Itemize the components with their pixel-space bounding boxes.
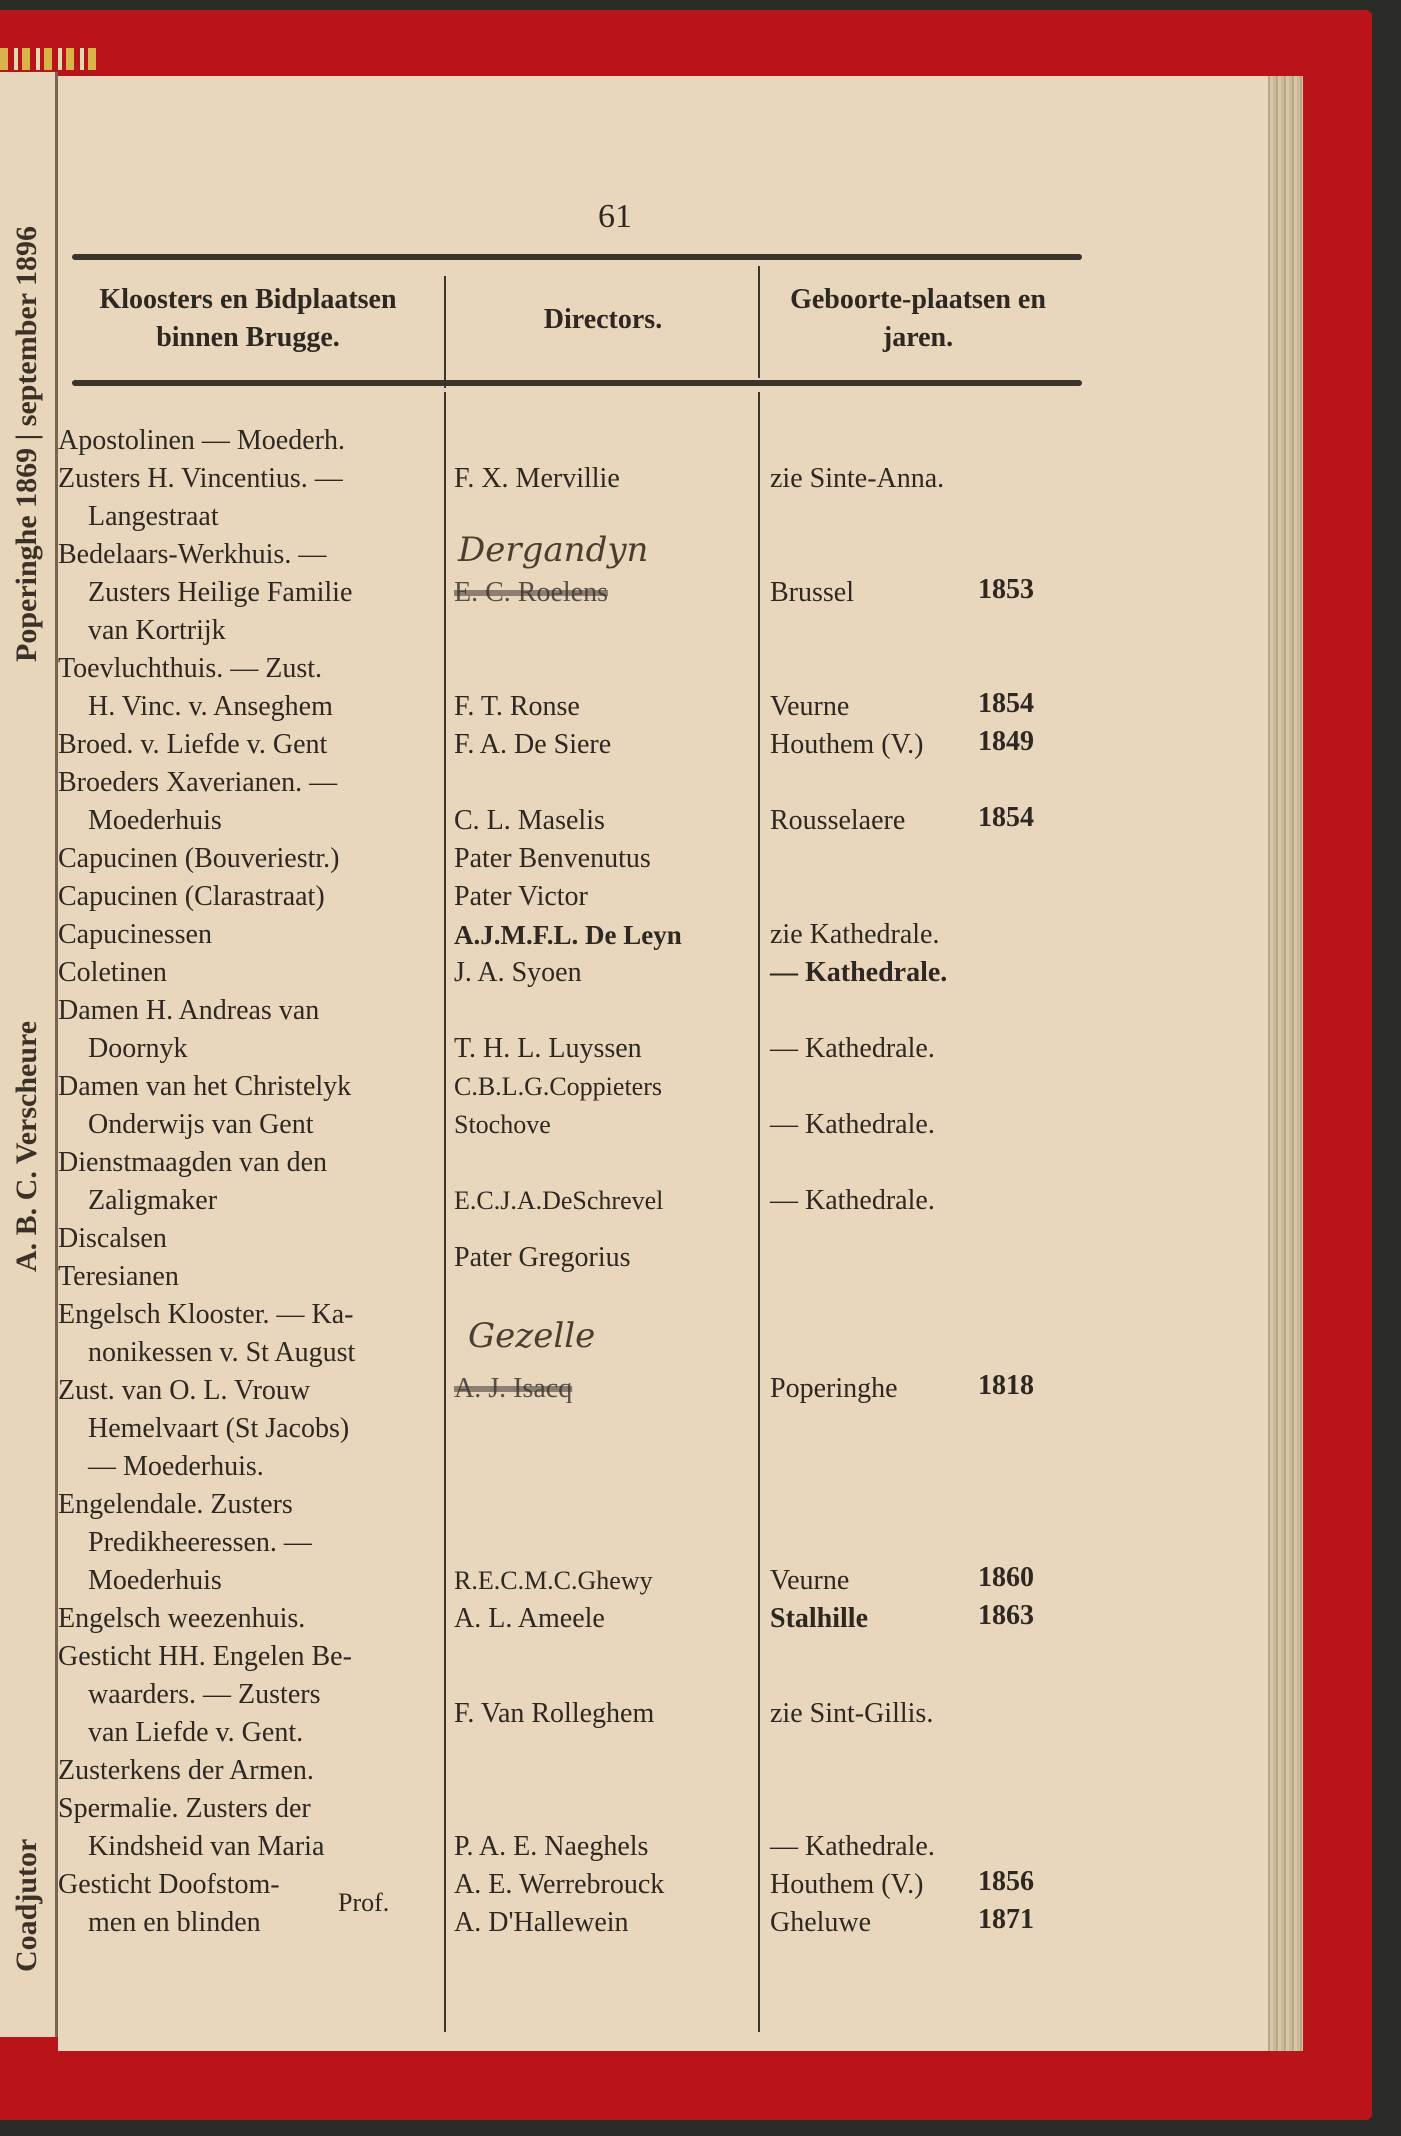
birthplace: zie Kathedrale. <box>770 916 939 954</box>
header-col-places: Kloosters en Bidplaatsen binnen Brugge. <box>58 281 438 357</box>
birth-year: 1849 <box>978 726 1034 758</box>
birthplace: Stalhille <box>770 1600 868 1638</box>
director-name: E.C.J.A.DeSchrevel <box>454 1182 663 1220</box>
place-line: Broeders Xaverianen. — <box>58 764 337 802</box>
place-line: Moederhuis <box>88 1562 222 1600</box>
director-name: Pater Benvenutus <box>454 840 651 878</box>
place-line: Apostolinen — Moederh. <box>58 422 345 460</box>
director-name: Pater Victor <box>454 878 588 916</box>
place-line: Teresianen <box>58 1258 179 1296</box>
birth-year: 1853 <box>978 574 1034 606</box>
place-line: Capucinen (Clarastraat) <box>58 878 325 916</box>
director-name: A.J.M.F.L. De Leyn <box>454 916 682 954</box>
place-line: — Moederhuis. <box>88 1448 264 1486</box>
place-line: Zusters Heilige Familie <box>88 574 352 612</box>
birthplace: — Kathedrale. <box>770 1030 935 1068</box>
birthplace: zie Sint-Gillis. <box>770 1695 933 1733</box>
birthplace: Rousselaere <box>770 802 905 840</box>
place-line: Zaligmaker <box>88 1182 217 1220</box>
director-name: C.B.L.G.Coppieters Stochove <box>454 1068 754 1144</box>
birthplace: — Kathedrale. <box>770 1106 935 1144</box>
place-line: Predikheeressen. — <box>88 1524 312 1562</box>
place-line: Engelendale. Zusters <box>58 1486 293 1524</box>
place-line: Doornyk <box>88 1030 188 1068</box>
place-line: Gesticht HH. Engelen Be- <box>58 1638 352 1676</box>
director-name-struck: A. J. Isacq <box>454 1370 572 1408</box>
place-line: H. Vinc. v. Anseghem <box>88 688 333 726</box>
director-name: P. A. E. Naeghels <box>454 1828 648 1866</box>
header-bottom-rule <box>72 380 1082 386</box>
column-divider-1 <box>444 392 446 2032</box>
spine-binding <box>0 48 98 70</box>
book-page: 61 Kloosters en Bidplaatsen binnen Brugg… <box>58 76 1268 2051</box>
header-col-birthplaces: Geboorte-plaatsen en jaren. <box>768 281 1068 357</box>
birthplace: zie Sinte-Anna. <box>770 460 944 498</box>
page-number: 61 <box>598 198 632 236</box>
place-line: Kindsheid van Maria <box>88 1828 324 1866</box>
page-edges <box>1265 76 1303 2051</box>
place-line: Hemelvaart (St Jacobs) <box>88 1410 349 1448</box>
prof-label: Prof. <box>338 1884 389 1922</box>
director-name: C. L. Maselis <box>454 802 605 840</box>
place-line: Dienstmaagden van den <box>58 1144 327 1182</box>
director-name: F. Van Rolleghem <box>454 1695 654 1733</box>
place-line: Gesticht Doofstom- <box>58 1866 280 1904</box>
birth-year: 1818 <box>978 1370 1034 1402</box>
place-line: Coletinen <box>58 954 167 992</box>
director-name: A. L. Ameele <box>454 1600 605 1638</box>
place-line: Zusters H. Vincentius. — <box>58 460 343 498</box>
header-divider-1 <box>444 276 446 388</box>
birth-year: 1854 <box>978 802 1034 834</box>
director-name: Pater Gregorius <box>454 1239 631 1277</box>
place-line: Damen van het Christelyk <box>58 1068 351 1106</box>
birthplace: — Kathedrale. <box>770 954 947 992</box>
place-line: Bedelaars-Werkhuis. — <box>58 536 326 574</box>
birth-year: 1856 <box>978 1866 1034 1898</box>
handwritten-annotation: Gezelle <box>468 1316 595 1356</box>
birthplace: Brussel <box>770 574 854 612</box>
header-divider-2 <box>758 266 760 378</box>
birth-year: 1871 <box>978 1904 1034 1936</box>
spine-line-2: A. B. C. Verscheure <box>10 1021 44 1272</box>
place-line: Engelsch weezenhuis. <box>58 1600 305 1638</box>
place-line: Moederhuis <box>88 802 222 840</box>
place-line: waarders. — Zusters <box>88 1676 320 1714</box>
birthplace: Houthem (V.) <box>770 726 923 764</box>
place-line: Damen H. Andreas van <box>58 992 319 1030</box>
place-line: Spermalie. Zusters der <box>58 1790 311 1828</box>
place-line: nonikessen v. St August <box>88 1334 355 1372</box>
handwritten-annotation: Dergandyn <box>458 530 648 570</box>
place-line: Toevluchthuis. — Zust. <box>58 650 322 688</box>
birthplace: Poperinghe <box>770 1370 898 1408</box>
header-top-rule <box>72 254 1082 260</box>
header-col-directors: Directors. <box>448 301 758 339</box>
birth-year: 1860 <box>978 1562 1034 1594</box>
place-line: Zust. van O. L. Vrouw <box>58 1372 310 1410</box>
birthplace: Houthem (V.) <box>770 1866 923 1904</box>
director-name: A. D'Hallewein <box>454 1904 629 1942</box>
place-line: Capucinessen <box>58 916 212 954</box>
column-divider-2 <box>758 392 760 2032</box>
director-name: F. A. De Siere <box>454 726 611 764</box>
birth-year: 1854 <box>978 688 1034 720</box>
director-name: F. X. Mervillie <box>454 460 620 498</box>
place-line: Capucinen (Bouveriestr.) <box>58 840 339 878</box>
director-name-struck: E. C. Roelens <box>454 574 608 612</box>
birth-year: 1863 <box>978 1600 1034 1632</box>
birthplace: Veurne <box>770 1562 849 1600</box>
birthplace: Gheluwe <box>770 1904 871 1942</box>
place-line: men en blinden <box>88 1904 261 1942</box>
spine-line-1: Poperinghe 1869 | september 1896 <box>10 226 44 662</box>
place-line: Discalsen <box>58 1220 167 1258</box>
place-line: Langestraat <box>88 498 219 536</box>
place-line: Onderwijs van Gent <box>88 1106 314 1144</box>
spine-line-3: Coadjutor <box>10 1839 44 1972</box>
birthplace: Veurne <box>770 688 849 726</box>
place-line: van Liefde v. Gent. <box>88 1714 303 1752</box>
director-name: T. H. L. Luyssen <box>454 1030 642 1068</box>
place-line: Engelsch Klooster. — Ka- <box>58 1296 354 1334</box>
director-name: A. E. Werrebrouck <box>454 1866 664 1904</box>
birthplace: — Kathedrale. <box>770 1828 935 1866</box>
place-line: van Kortrijk <box>88 612 226 650</box>
facing-page-strip: Poperinghe 1869 | september 1896 A. B. C… <box>0 72 58 2037</box>
director-name: R.E.C.M.C.Ghewy <box>454 1562 653 1600</box>
place-line: Zusterkens der Armen. <box>58 1752 314 1790</box>
birthplace: — Kathedrale. <box>770 1182 935 1220</box>
place-line: Broed. v. Liefde v. Gent <box>58 726 327 764</box>
director-name: J. A. Syoen <box>454 954 582 992</box>
director-name: F. T. Ronse <box>454 688 580 726</box>
